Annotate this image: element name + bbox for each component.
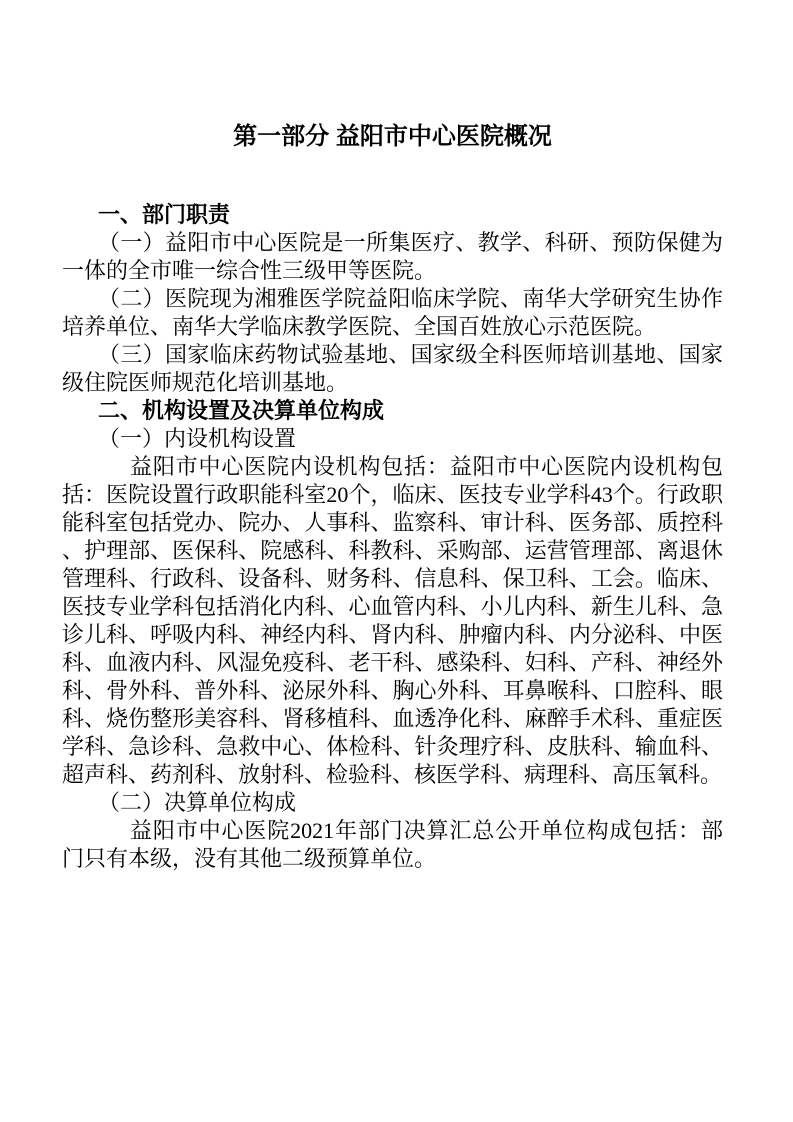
- paragraph-duty-2: （二）医院现为湘雅医学院益阳临床学院、南华大学研究生协作培养单位、南华大学临床教…: [62, 285, 723, 341]
- paragraph-budget-unit-detail: 益阳市中心医院2021年部门决算汇总公开单位构成包括：部门只有本级，没有其他二级…: [62, 817, 723, 873]
- paragraph-internal-structure-detail: 益阳市中心医院内设机构包括：益阳市中心医院内设机构包括：医院设置行政职能科室20…: [62, 453, 723, 789]
- document-content: 第一部分 益阳市中心医院概况 一、部门职责 （一）益阳市中心医院是一所集医疗、教…: [62, 0, 723, 873]
- section-heading-organization: 二、机构设置及决算单位构成: [62, 397, 723, 425]
- paragraph-duty-3: （三）国家临床药物试验基地、国家级全科医师培训基地、国家级住院医师规范化培训基地…: [62, 341, 723, 397]
- document-title: 第一部分 益阳市中心医院概况: [62, 121, 723, 152]
- document-page: 第一部分 益阳市中心医院概况 一、部门职责 （一）益阳市中心医院是一所集医疗、教…: [0, 0, 793, 1122]
- subheading-budget-unit-composition: （二）决算单位构成: [62, 789, 723, 817]
- section-heading-department-duties: 一、部门职责: [62, 201, 723, 229]
- subheading-internal-structure: （一）内设机构设置: [62, 425, 723, 453]
- paragraph-duty-1: （一）益阳市中心医院是一所集医疗、教学、科研、预防保健为一体的全市唯一综合性三级…: [62, 229, 723, 285]
